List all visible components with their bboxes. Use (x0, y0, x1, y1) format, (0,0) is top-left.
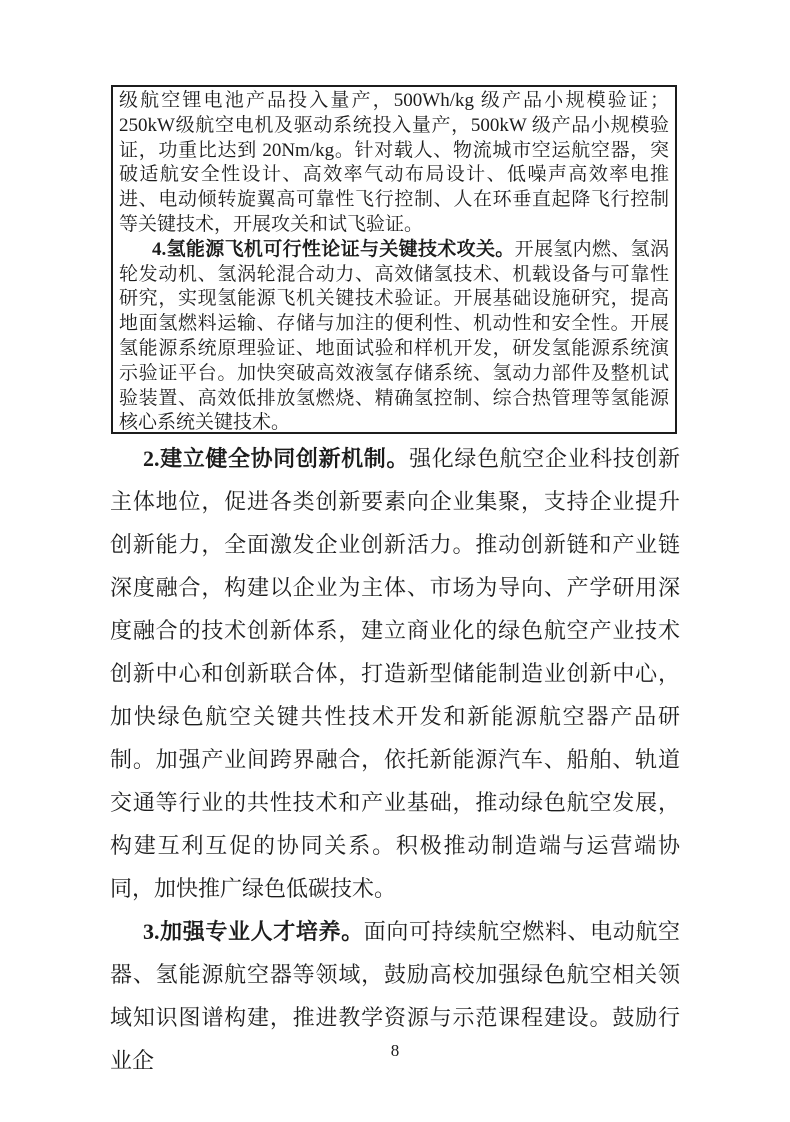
paragraph-text: 开展氢内燃、氢涡轮发动机、氢涡轮混合动力、高效储氢技术、机载设备与可靠性研究，实… (119, 239, 669, 434)
special-column-box: 级航空锂电池产品投入量产，500Wh/kg 级产品小规模验证；250kW级航空电… (111, 85, 677, 434)
paragraph-heading: 3.加强专业人才培养。 (143, 919, 364, 944)
paragraph-text: 强化绿色航空企业科技创新主体地位，促进各类创新要素向企业集聚，支持企业提升创新能… (110, 446, 680, 901)
body-text-block: 2.建立健全协同创新机制。强化绿色航空企业科技创新主体地位，促进各类创新要素向企… (110, 437, 680, 1082)
body-paragraph-2: 2.建立健全协同创新机制。强化绿色航空企业科技创新主体地位，促进各类创新要素向企… (110, 437, 680, 910)
paragraph-heading: 2.建立健全协同创新机制。 (143, 446, 409, 471)
paragraph-text: 级航空锂电池产品投入量产，500Wh/kg 级产品小规模验证；250kW级航空电… (119, 90, 669, 235)
paragraph-heading: 4.氢能源飞机可行性论证与关键技术攻关。 (152, 239, 515, 260)
box-paragraph-continuation: 级航空锂电池产品投入量产，500Wh/kg 级产品小规模验证；250kW级航空电… (119, 89, 669, 238)
page-number: 8 (0, 1041, 790, 1061)
document-page: 级航空锂电池产品投入量产，500Wh/kg 级产品小规模验证；250kW级航空电… (0, 0, 790, 1122)
box-paragraph-item4: 4.氢能源飞机可行性论证与关键技术攻关。开展氢内燃、氢涡轮发动机、氢涡轮混合动力… (119, 238, 669, 436)
